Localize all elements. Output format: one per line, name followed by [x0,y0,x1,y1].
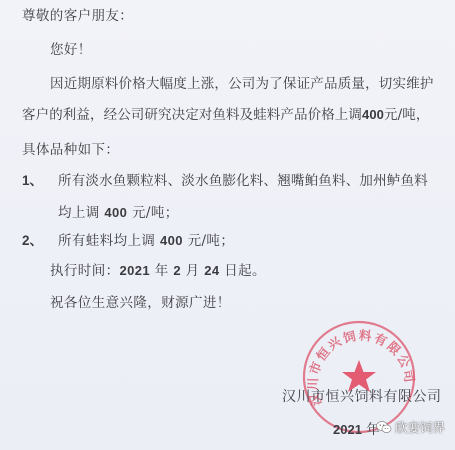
list-item-1-line-2: 均上调 400 元/吨； [58,205,179,221]
list-item-1-unit: 元/吨； [127,205,178,221]
list-item-2-unit: 元/吨； [183,233,234,249]
paragraph-line-1: 因近期原料价格大幅度上涨，公司为了保证产品质量，切实维护 [50,76,434,92]
wechat-icon [376,420,392,434]
watermark-text: 欣娈饲界 [395,418,445,436]
list-item-1-number: 1、 [22,173,43,189]
price-unit: 元/吨， [384,107,429,123]
closing-wishes: 祝各位生意兴隆，财源广进！ [50,295,231,311]
effective-year: 2021 [120,263,151,278]
effective-day: 24 [204,263,219,278]
effective-date-label: 执行时间： [50,263,120,279]
list-item-2-prefix: 所有蛙料均上调 [58,233,160,249]
list-item-2-amount: 400 [160,233,183,248]
signature-date: 2021 年 [333,418,380,438]
wechat-watermark: 欣娈饲界 [376,418,445,436]
effective-date: 执行时间：2021 年 2 月 24 日起。 [50,263,266,279]
document-page: 尊敬的客户朋友： 您好！ 因近期原料价格大幅度上涨，公司为了保证产品质量，切实维… [0,0,455,450]
year-unit: 年 [150,263,173,279]
day-unit: 日起。 [220,263,266,279]
signature-year: 2021 [333,422,362,437]
price-increase-amount: 400 [362,107,384,122]
list-item-1-amount: 400 [104,205,127,220]
list-item-2-line-1: 所有蛙料均上调 400 元/吨； [58,233,234,249]
company-signature: 汉川市恒兴饲料有限公司 [282,386,442,406]
month-unit: 月 [181,263,204,279]
list-intro: 具体品种如下： [22,142,119,158]
salutation: 尊敬的客户朋友： [22,8,133,24]
paragraph-line-2-prefix: 客户的利益，经公司研究决定对鱼料及蛙料产品价格上调 [22,107,362,123]
paragraph-line-2: 客户的利益，经公司研究决定对鱼料及蛙料产品价格上调400元/吨， [22,107,429,123]
greeting: 您好！ [50,42,92,58]
list-item-2-number: 2、 [22,233,43,249]
effective-month: 2 [173,263,181,278]
list-item-1-line-1: 所有淡水鱼颗粒料、淡水鱼膨化料、翘嘴鲌鱼料、加州鲈鱼料 [58,173,428,189]
list-item-1-prefix: 均上调 [58,205,104,221]
